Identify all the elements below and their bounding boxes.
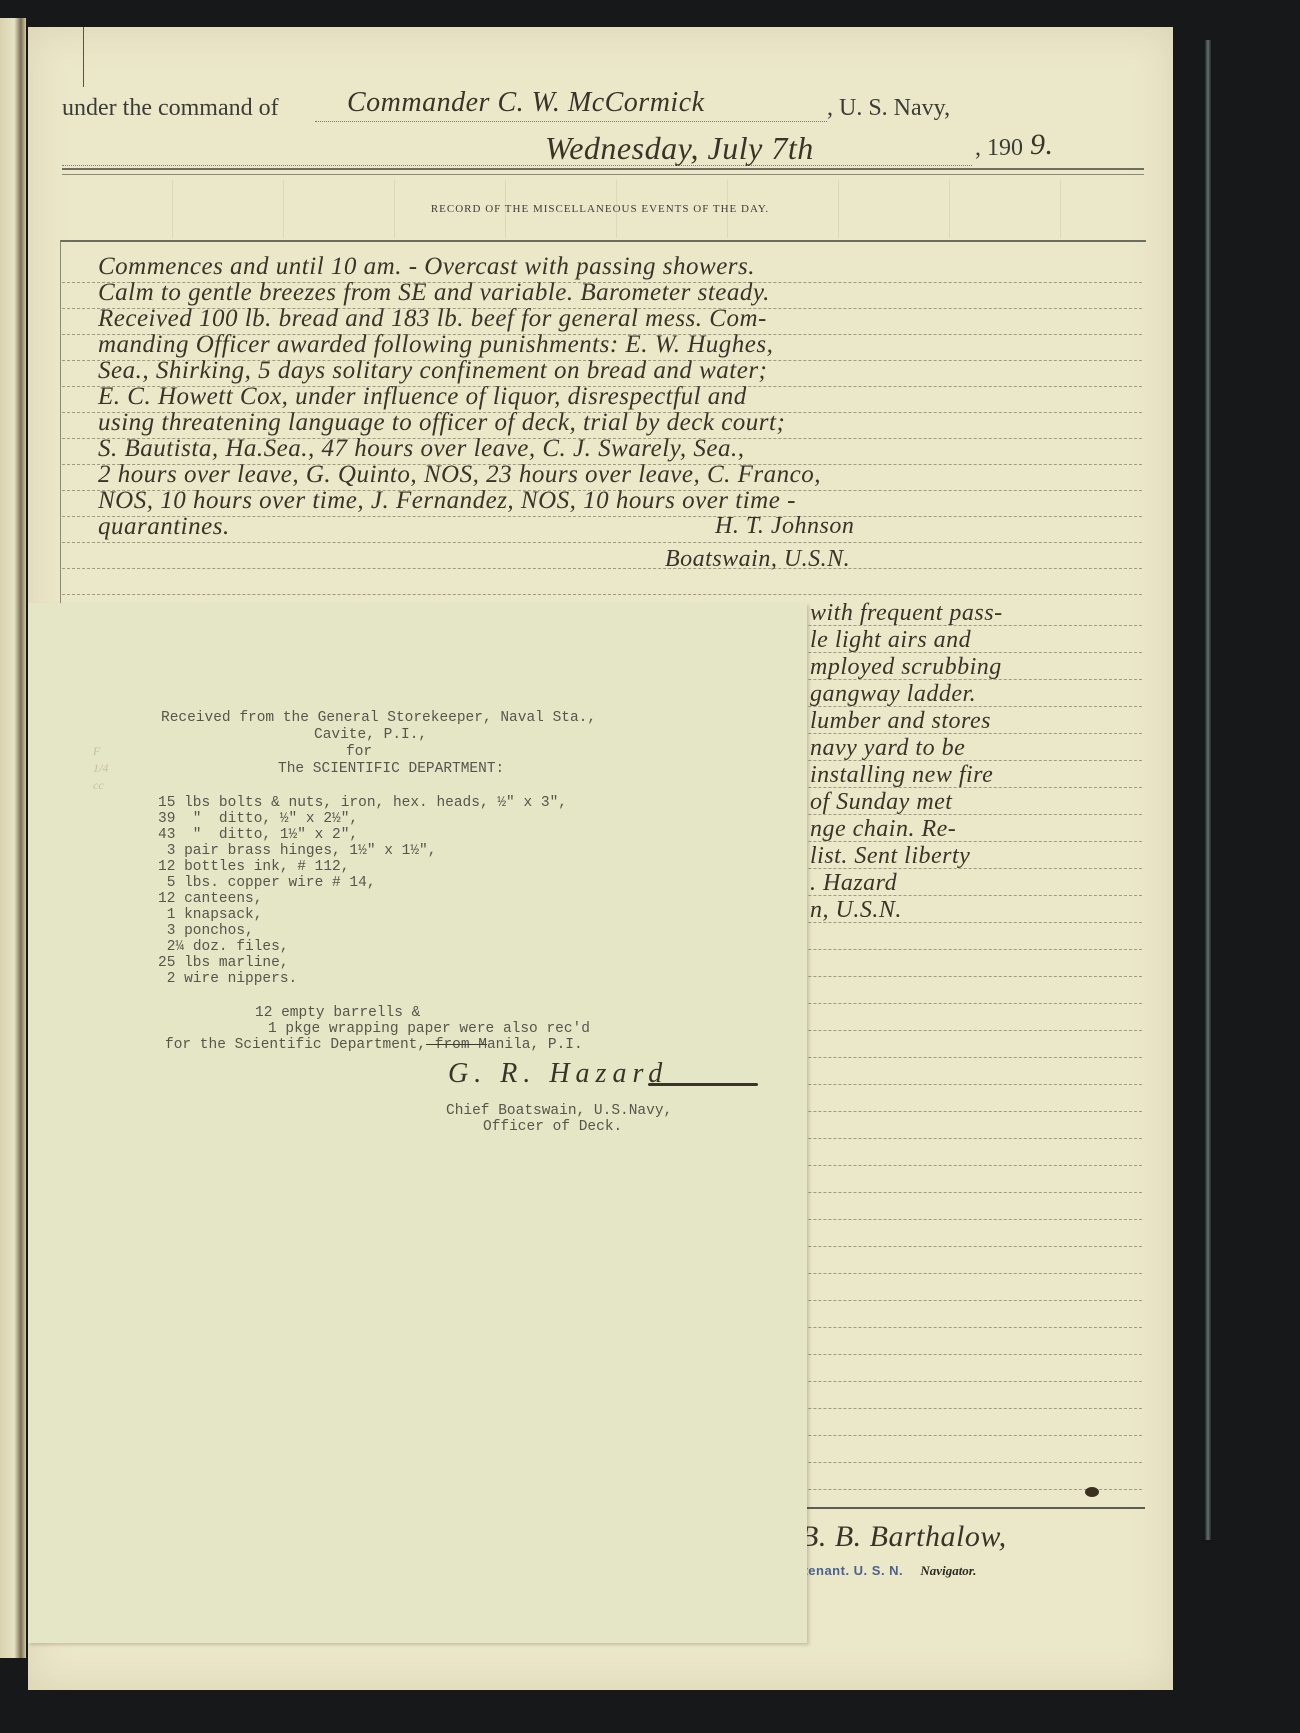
note-item: 2¼ doz. files, <box>158 939 289 955</box>
year-handwritten: 9. <box>1030 128 1054 162</box>
note-additional-last: for the Scientific Department, from Mani… <box>165 1037 583 1053</box>
note-signer-role: Officer of Deck. <box>483 1119 622 1135</box>
entry-line: S. Bautista, Ha.Sea., 47 hours over leav… <box>98 435 744 463</box>
entry-line: quarantines. <box>98 513 230 541</box>
note-additional-line: 12 empty barrells & <box>255 1005 420 1021</box>
signature-flourish <box>648 1083 758 1086</box>
navy-suffix: , U. S. Navy, <box>827 95 950 122</box>
date-dotted-rule <box>62 165 972 166</box>
note-additional-line: 1 pkge wrapping paper were also rec'd <box>268 1021 590 1037</box>
entry-fragment-title: n, U.S.N. <box>810 897 902 924</box>
navigator-rank-line: utenant. U. S. N. Navigator. <box>795 1563 976 1579</box>
commander-name: Commander C. W. McCormick <box>347 87 705 119</box>
entry-signature-name: H. T. Johnson <box>715 513 854 540</box>
note-item: 3 pair brass hinges, 1½" x 1½", <box>158 843 436 859</box>
entry-fragment-signature: . Hazard <box>810 870 897 897</box>
note-heading-line: Cavite, P.I., <box>314 727 427 743</box>
entry-line: Calm to gentle breezes from SE and varia… <box>98 279 770 307</box>
note-item: 12 bottles ink, # 112, <box>158 859 349 875</box>
entry-fragment: gangway ladder. <box>810 681 976 708</box>
note-heading-line: for <box>346 744 372 760</box>
entry-line: NOS, 10 hours over time, J. Fernandez, N… <box>98 487 796 515</box>
entry-line: using threatening language to officer of… <box>98 409 785 437</box>
bottom-rule <box>800 1507 1145 1509</box>
faint-pencil-marks: F 1/4 cc <box>93 743 108 794</box>
note-signature: G. R. Hazard <box>448 1058 668 1090</box>
entry-fragment: installing new fire <box>810 762 993 789</box>
commander-dotted-rule <box>315 121 827 122</box>
entry-fragment: navy yard to be <box>810 735 965 762</box>
entry-line: Received 100 lb. bread and 183 lb. beef … <box>98 305 767 333</box>
ruled-line <box>62 594 1142 595</box>
entry-fragment: list. Sent liberty <box>810 843 970 870</box>
adjacent-page-edge <box>0 18 26 1658</box>
entry-line: Commences and until 10 am. - Overcast wi… <box>98 253 755 281</box>
note-item: 43 " ditto, 1½" x 2", <box>158 827 358 843</box>
note-item: 39 " ditto, ½" x 2½", <box>158 811 358 827</box>
faint-mark: F <box>93 743 108 760</box>
entry-line: E. C. Howett Cox, under influence of liq… <box>98 383 747 411</box>
navigator-signature: B. B. Barthalow, <box>800 1520 1007 1554</box>
struck-text: from M <box>426 1037 487 1053</box>
entry-fragment: nge chain. Re- <box>810 816 956 843</box>
entry-signature-title: Boatswain, U.S.N. <box>665 546 850 573</box>
faint-mark: 1/4 <box>93 760 108 777</box>
ruled-line <box>62 542 1142 543</box>
entry-line: 2 hours over leave, G. Quinto, NOS, 23 h… <box>98 461 821 489</box>
note-item: 25 lbs marline, <box>158 955 289 971</box>
date-handwritten: Wednesday, July 7th <box>545 130 814 167</box>
entry-fragment: mployed scrubbing <box>810 654 1002 681</box>
glass-reflection <box>1205 40 1211 1540</box>
navigator-role: Navigator. <box>920 1563 976 1578</box>
entry-line: manding Officer awarded following punish… <box>98 331 773 359</box>
ink-blot <box>1085 1487 1099 1497</box>
navigator-rank: utenant. U. S. N. <box>795 1563 903 1578</box>
note-heading-line: Received from the General Storekeeper, N… <box>161 710 596 726</box>
note-signer-title: Chief Boatswain, U.S.Navy, <box>446 1103 672 1119</box>
year-printed: , 190 <box>975 135 1023 162</box>
note-item: 3 ponchos, <box>158 923 254 939</box>
entry-line: Sea., Shirking, 5 days solitary confinem… <box>98 357 767 385</box>
attached-receipt-note: F 1/4 cc Received from the General Store… <box>28 603 807 1643</box>
note-item: 5 lbs. copper wire # 14, <box>158 875 376 891</box>
command-prefix: under the command of <box>62 95 279 122</box>
note-item: 12 canteens, <box>158 891 262 907</box>
note-item: 2 wire nippers. <box>158 971 297 987</box>
page-crack <box>83 27 84 87</box>
header-double-rule <box>62 168 1144 175</box>
note-item: 15 lbs bolts & nuts, iron, hex. heads, ½… <box>158 795 567 811</box>
note-item: 1 knapsack, <box>158 907 262 923</box>
entry-fragment: with frequent pass- <box>810 600 1003 627</box>
note-heading-line: The SCIENTIFIC DEPARTMENT: <box>278 761 504 777</box>
entry-fragment: le light airs and <box>810 627 971 654</box>
entry-fragment: of Sunday met <box>810 789 952 816</box>
section-title: RECORD OF THE MISCELLANEOUS EVENTS OF TH… <box>0 203 1200 215</box>
faint-mark: cc <box>93 777 108 794</box>
ruled-line <box>62 568 1142 569</box>
entry-fragment: lumber and stores <box>810 708 991 735</box>
